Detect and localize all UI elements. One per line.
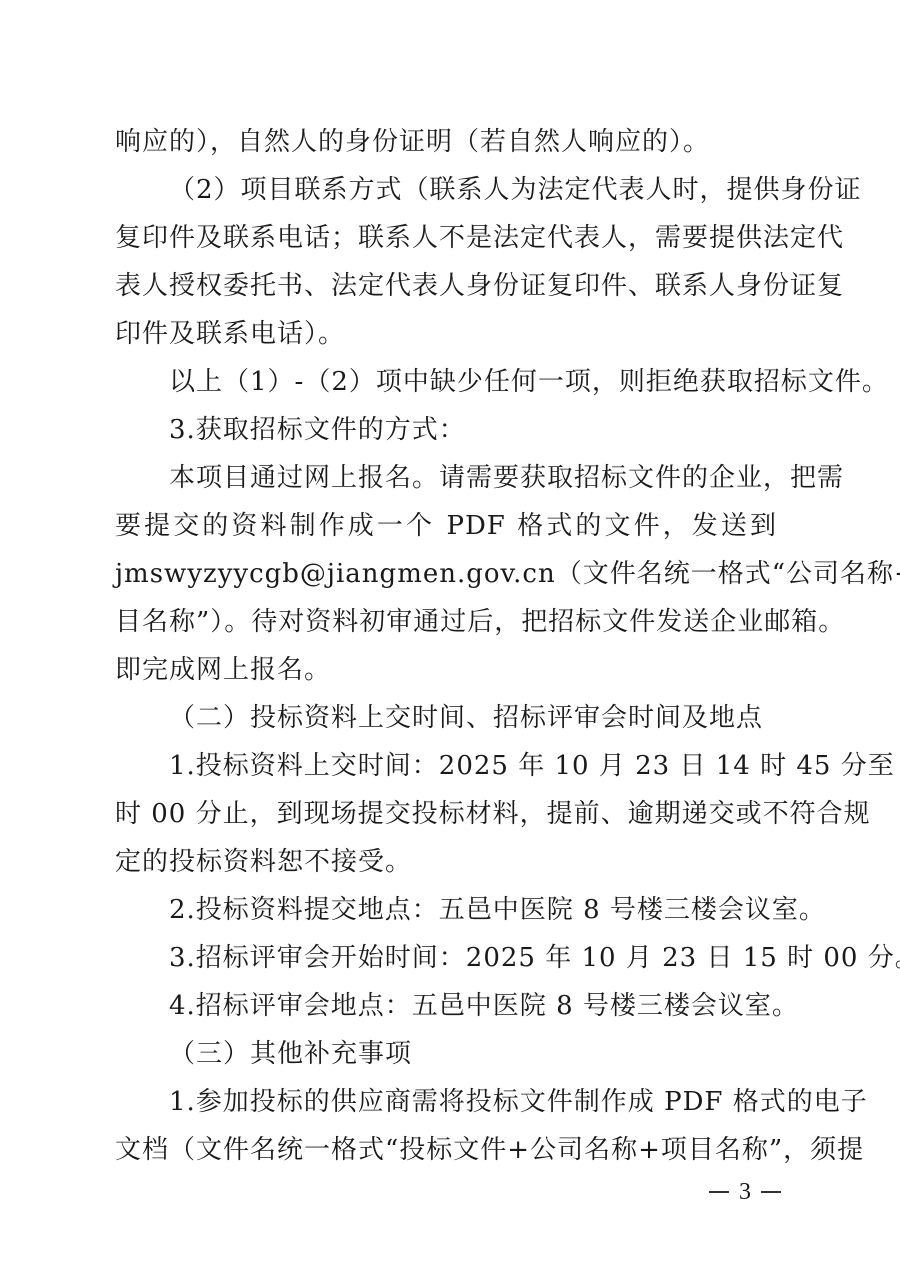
section-heading: 3.获取招标文件的方式： bbox=[115, 406, 777, 454]
page-number-value: 3 bbox=[739, 1172, 751, 1212]
section-heading: （二）投标资料上交时间、招标评审会时间及地点 bbox=[115, 694, 777, 742]
text-line: 即完成网上报名。 bbox=[115, 646, 777, 694]
text-line: 2.投标资料提交地点：五邑中医院 8 号楼三楼会议室。 bbox=[115, 886, 777, 934]
email-line: jmswyzyycgb@jiangmen.gov.cn（文件名统一格式“公司名称… bbox=[115, 550, 777, 598]
text-line: 定的投标资料恕不接受。 bbox=[115, 838, 777, 886]
text-line: 复印件及联系电话；联系人不是法定代表人，需要提供法定代 bbox=[115, 214, 777, 262]
dash-right bbox=[761, 1191, 781, 1193]
text-line: 1.投标资料上交时间：2025 年 10 月 23 日 14 时 45 分至 1… bbox=[115, 742, 777, 790]
text-line: 以上（1）-（2）项中缺少任何一项，则拒绝获取招标文件。 bbox=[115, 358, 777, 406]
text-line: 表人授权委托书、法定代表人身份证复印件、联系人身份证复 bbox=[115, 262, 777, 310]
text-line: 要提交的资料制作成一个 PDF 格式的文件，发送到 bbox=[115, 502, 777, 550]
text-line: 响应的），自然人的身份证明（若自然人响应的）。 bbox=[115, 118, 777, 166]
section-heading: （三）其他补充事项 bbox=[115, 1030, 777, 1078]
text-line: 目名称”）。待对资料初审通过后，把招标文件发送企业邮箱。 bbox=[115, 598, 777, 646]
text-line: 时 00 分止，到现场提交投标材料，提前、逾期递交或不符合规 bbox=[115, 790, 777, 838]
text-line: 文档（文件名统一格式“投标文件+公司名称+项目名称”，须提 bbox=[115, 1126, 777, 1174]
text-line: 本项目通过网上报名。请需要获取招标文件的企业，把需 bbox=[115, 454, 777, 502]
text-line: （2）项目联系方式（联系人为法定代表人时，提供身份证 bbox=[115, 166, 777, 214]
text-line: 印件及联系电话）。 bbox=[115, 310, 777, 358]
dash-left bbox=[709, 1191, 729, 1193]
text-line: 1.参加投标的供应商需将投标文件制作成 PDF 格式的电子 bbox=[115, 1078, 777, 1126]
document-body: 响应的），自然人的身份证明（若自然人响应的）。 （2）项目联系方式（联系人为法定… bbox=[115, 118, 777, 1174]
page-number: 3 bbox=[700, 1172, 790, 1212]
text-line: 3.招标评审会开始时间：2025 年 10 月 23 日 15 时 00 分。 bbox=[115, 934, 777, 982]
document-page: 响应的），自然人的身份证明（若自然人响应的）。 （2）项目联系方式（联系人为法定… bbox=[0, 0, 900, 1271]
text-line: 4.招标评审会地点：五邑中医院 8 号楼三楼会议室。 bbox=[115, 982, 777, 1030]
